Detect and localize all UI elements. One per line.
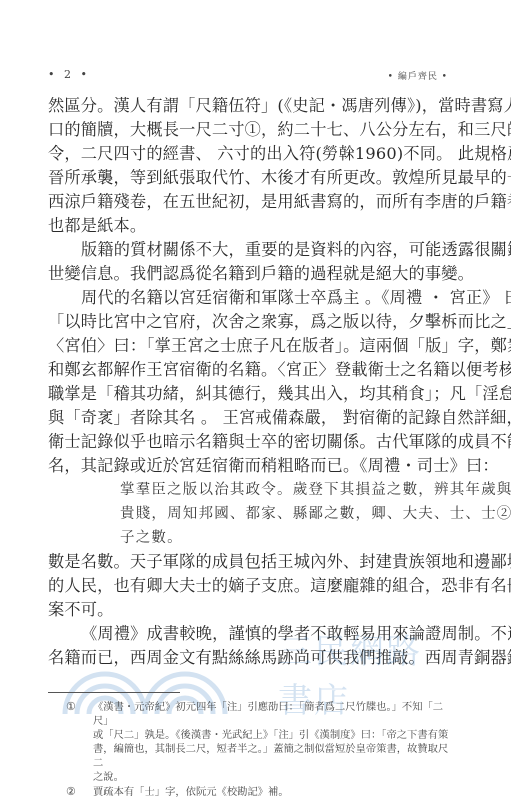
text-line: 晉所承襲，等到紙張取代竹、木後才有所更改。敦煌所見最早的一份: [48, 166, 450, 190]
text-line: 《周禮》成書較晚，謹慎的學者不敢輕易用來論證周制。不過就: [48, 622, 450, 646]
footnote: ①《漢書・元帝紀》初元四年「注」引應劭曰：「簡者爲二尺竹牒也。」不知「二尺」或「…: [66, 700, 456, 784]
text-line: 名，其記錄或近於宮廷宿衛而稍粗略而已。《周禮・司士》曰：: [48, 454, 450, 478]
page-number: • 2 •: [48, 68, 90, 81]
footnotes: ①《漢書・元帝紀》初元四年「注」引應劭曰：「簡者爲二尺竹牒也。」不知「二尺」或「…: [66, 700, 456, 799]
text-line: 衛士記錄似乎也暗示名籍與士卒的密切關係。古代軍隊的成員不能無: [48, 430, 450, 454]
block-quote-line: 掌羣臣之版以治其政令。歲登下其損益之數，辨其年歲與其: [48, 478, 450, 502]
footnote-marker: ①: [66, 700, 76, 714]
text-line: 然區分。漢人有謂「尺籍伍符」(《史記・馮唐列傳》)，當時書寫人名戶: [48, 94, 450, 118]
footnote-line: 賈疏本有「士」字，依阮元《校勘記》補。: [93, 785, 456, 799]
block-quote-line: 貴賤，周知邦國、都家、縣鄙之數，卿、大夫、士、士②庶: [48, 502, 450, 526]
footnote-marker: ②: [66, 785, 76, 799]
text-line: 「以時比宮中之官府，次舍之衆寡，爲之版以待，夕擊柝而比之」；: [48, 310, 450, 334]
text-line: 數是名數。天子軍隊的成員包括王城內外、封建貴族領地和邊鄙城邑: [48, 550, 450, 574]
running-title: • 編戶齊民 •: [388, 69, 448, 82]
text-line: 與「奇衺」者除其名 。 王宮戒備森嚴， 對宿衛的記錄自然詳細， 但: [48, 406, 450, 430]
text-line: 案不可。: [48, 598, 450, 622]
book-page: • 2 • • 編戶齊民 • 然區分。漢人有謂「尺籍伍符」(《史記・馮唐列傳》)…: [0, 0, 511, 800]
footnote-line: 之說。: [93, 770, 456, 784]
footnote-line: 或「尺二」孰是。《後漢書・光武紀上》「注」引《漢制度》曰：「帝之下書有策: [93, 728, 456, 742]
text-line: 世變信息。我們認爲從名籍到戶籍的過程就是絕大的事變。: [48, 262, 450, 286]
text-line: 〈宮伯〉曰：「掌王宮之士庶子凡在版者」。這兩個「版」字，鄭衆: [48, 334, 450, 358]
page-header: • 2 • • 編戶齊民 •: [48, 68, 448, 86]
text-line: 的人民，也有卿大夫士的嫡子支庶。這麼龐雜的組合，恐非有名冊檔: [48, 574, 450, 598]
footnote: ②賈疏本有「士」字，依阮元《校勘記》補。: [66, 785, 456, 799]
footnote-line: 《漢書・元帝紀》初元四年「注」引應劭曰：「簡者爲二尺竹牒也。」不知「二尺」: [93, 700, 456, 728]
footnote-line: 書，編簡也，其制長二尺，短者半之。」蓋簡之制似當短於皇帝策書，故贊取尺二: [93, 742, 456, 770]
text-line: 西涼戶籍殘卷，在五世紀初，是用紙書寫的，而所有李唐的戶籍卷子: [48, 190, 450, 214]
block-quote-line: 子之數。: [48, 526, 450, 550]
main-text: 然區分。漢人有謂「尺籍伍符」(《史記・馮唐列傳》)，當時書寫人名戶口的簡牘，大概…: [48, 94, 450, 670]
text-line: 令，二尺四寸的經書、 六寸的出入符(勞榦1960)不同。 此規格爲魏: [48, 142, 450, 166]
text-line: 職掌是「稽其功緒，糾其德行，幾其出入，均其稍食」；凡「淫怠」: [48, 382, 450, 406]
footnote-rule: [48, 692, 180, 693]
text-line: 和鄭玄都解作王宮宿衛的名籍。〈宮正〉登載衛士之名籍以便考核，: [48, 358, 450, 382]
text-line: 口的簡牘，大概長一尺二寸①，約二十七、八公分左右，和三尺的律: [48, 118, 450, 142]
text-line: 名籍而已，西周金文有點絲絲馬跡尚可供我們推敲。西周青銅器銘文: [48, 646, 450, 670]
text-line: 周代的名籍以宮廷宿衛和軍隊士卒爲主 。《周禮 ・ 宮正》 曰：: [48, 286, 450, 310]
text-line: 版籍的質材關係不大，重要的是資料的內容，可能透露很關鍵的: [48, 238, 450, 262]
text-line: 也都是紙本。: [48, 214, 450, 238]
